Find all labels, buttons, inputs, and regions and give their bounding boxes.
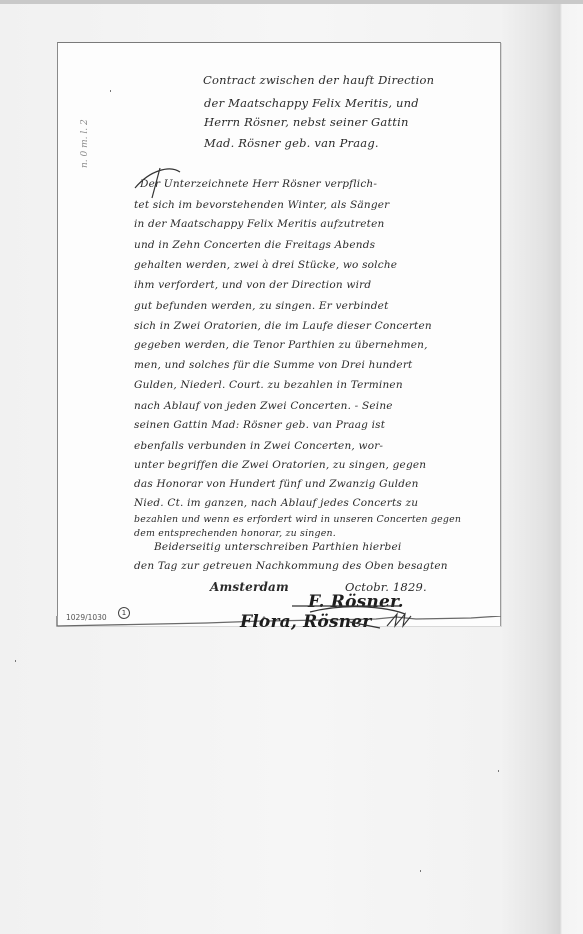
body-line-17: Nied. Ct. im ganzen, nach Ablauf jedes C… — [134, 497, 418, 509]
body-line-16: das Honorar von Hundert fünf und Zwanzig… — [134, 478, 419, 490]
body-line-11: Gulden, Niederl. Court. zu bezahlen in T… — [134, 379, 403, 391]
body-line-4: und in Zehn Concerten die Freitags Abend… — [134, 239, 375, 251]
body-line-1: Der Unterzeichnete Herr Rösner verpflich… — [140, 178, 377, 190]
body-line-18: bezahlen und wenn es erfordert wird in u… — [134, 514, 461, 525]
place: Amsterdam — [210, 580, 289, 594]
body-line-2: tet sich im bevorstehenden Winter, als S… — [134, 199, 389, 211]
body-line-20: Beiderseitig unterschreiben Parthien hie… — [154, 541, 401, 553]
page-number-badge: 1 — [118, 607, 130, 619]
heading-line-4: Mad. Rösner geb. van Praag. — [204, 136, 379, 150]
body-line-6: ihm verfordert, und von der Direction wi… — [134, 279, 371, 291]
body-line-13: seinen Gattin Mad: Rösner geb. van Praag… — [134, 419, 385, 431]
body-line-10: men, und solches für die Summe von Drei … — [134, 359, 412, 371]
heading-line-3: Herrn Rösner, nebst seiner Gattin — [204, 115, 409, 129]
body-line-21: den Tag zur getreuen Nachkommung des Obe… — [134, 560, 448, 572]
signature-f-rosner: F. Rösner. — [308, 592, 404, 612]
body-line-9: gegeben werden, die Tenor Parthien zu üb… — [134, 339, 428, 351]
scan-speck — [15, 660, 16, 662]
scan-speck — [498, 770, 499, 772]
body-line-3: in der Maatschappy Felix Meritis aufzutr… — [134, 218, 384, 230]
body-line-5: gehalten werden, zwei à drei Stücke, wo … — [134, 259, 397, 271]
scan-top-edge — [0, 0, 583, 4]
heading-line-1: Contract zwischen der hauft Direction — [203, 73, 434, 87]
heading-line-2: der Maatschappy Felix Meritis, und — [204, 96, 419, 110]
folio-range: 1029/1030 — [66, 613, 107, 622]
margin-pencil-note: n. 0 m. l. 2 — [80, 119, 90, 168]
signature-flora-rosner: Flora, Rösner — [240, 612, 371, 632]
body-line-14: ebenfalls verbunden in Zwei Concerten, w… — [134, 440, 383, 452]
scan-speck — [420, 870, 421, 872]
body-line-15: unter begriffen die Zwei Oratorien, zu s… — [134, 459, 426, 471]
scan-speck — [110, 90, 111, 92]
body-line-12: nach Ablauf von jeden Zwei Concerten. - … — [134, 400, 393, 412]
body-line-7: gut befunden werden, zu singen. Er verbi… — [134, 300, 389, 312]
body-line-8: sich in Zwei Oratorien, die im Laufe die… — [134, 320, 432, 332]
body-line-19: dem entsprechenden honorar, zu singen. — [134, 528, 336, 539]
